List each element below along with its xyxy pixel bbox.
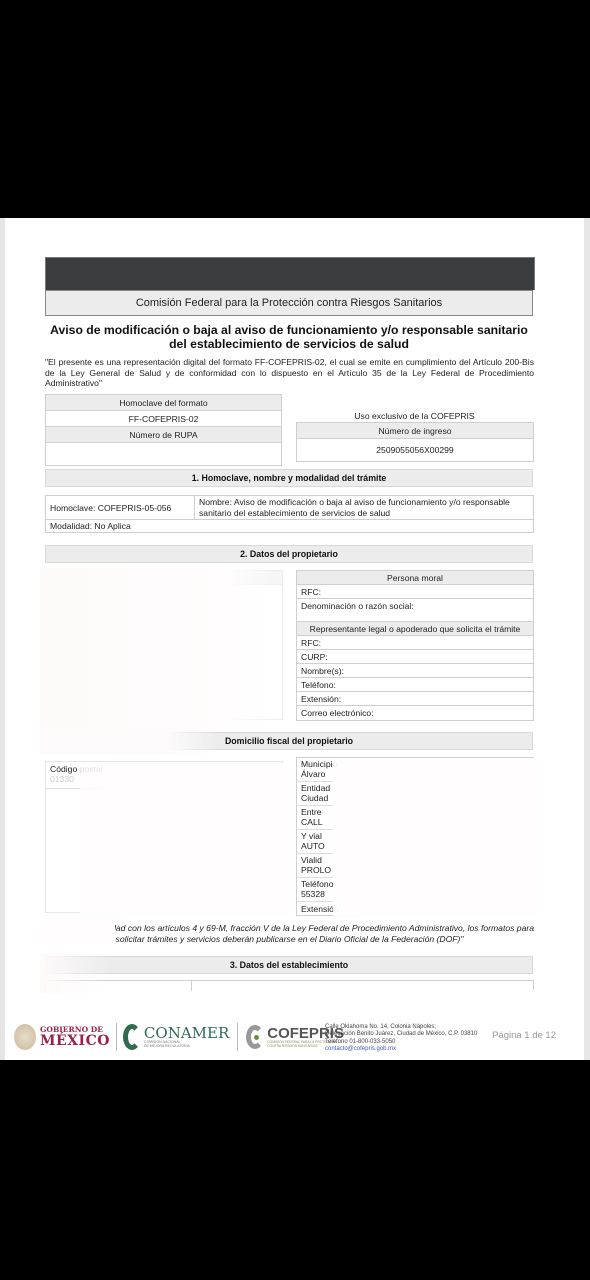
- redaction-overlay: [40, 953, 110, 993]
- mexico-coat-of-arms-icon: [14, 1024, 36, 1050]
- agency-name: Comisión Federal para la Protección cont…: [45, 290, 533, 316]
- format-table: Homoclave del formato FF-COFEPRIS-02 Núm…: [45, 394, 282, 466]
- telefono-label: Teléfono: [301, 879, 334, 889]
- codigo-postal-value: 01330: [50, 774, 74, 784]
- rep-telefono-field: Teléfono:: [297, 678, 533, 692]
- redaction-overlay: [80, 763, 290, 918]
- footer-logos: GOBIERNO DE MÉXICO CONAMER COMISIÓN NACI…: [14, 1018, 344, 1056]
- cofepris-icon: [246, 1025, 264, 1049]
- conamer-icon: [123, 1024, 141, 1050]
- legal-note-line-2: solicitar trámites y servicios deberán p…: [45, 934, 534, 945]
- y-vialidad-value: AUTO: [301, 841, 325, 851]
- rep-extension-field: Extensión:: [297, 692, 533, 706]
- moral-rfc-field: RFC:: [297, 585, 533, 599]
- ingreso-label: Número de ingreso: [297, 423, 534, 439]
- rep-rfc-field: RFC:: [297, 636, 533, 650]
- rep-correo-field: Correo electrónico:: [297, 706, 533, 720]
- footer-address: Calle Oklahoma No. 14, Colonia Nápoles; …: [325, 1024, 477, 1054]
- rep-nombre-field: Nombre(s):: [297, 664, 533, 678]
- legal-note-line-1: "De conformidad con los artículos 4 y 69…: [45, 923, 534, 934]
- persona-moral-panel: Persona moral RFC: Denominación o razón …: [296, 570, 534, 721]
- vialidad-posterior-label: Vialid: [301, 855, 322, 865]
- homoclave-format-value: FF-COFEPRIS-02: [46, 411, 282, 427]
- address-line: Calle Oklahoma No. 14, Colonia Nápoles;: [325, 1024, 477, 1031]
- representante-header: Representante legal o apoderado que soli…: [297, 622, 533, 636]
- redaction-overlay: [40, 921, 115, 945]
- logo-divider: [237, 1023, 238, 1051]
- vialidad-posterior-value: PROLO: [301, 865, 331, 875]
- phone-line: Teléfono 01-800-033-5050: [325, 1039, 477, 1046]
- address-line: Delegación Benito Juárez, Ciudad de Méxi…: [325, 1031, 477, 1038]
- page-edge: [0, 218, 5, 1060]
- email-link[interactable]: contacto@cofepris.gob.mx: [325, 1046, 477, 1053]
- page-edge: [584, 218, 590, 1060]
- section-3-header: 3. Datos del establecimiento: [45, 956, 533, 974]
- logo-divider: [116, 1023, 117, 1051]
- conamer-name: CONAMER: [144, 1026, 229, 1041]
- entidad-value: Ciudad: [301, 793, 328, 803]
- homoclave-format-label: Homoclave del formato: [46, 395, 282, 411]
- redaction-overlay: [40, 728, 220, 754]
- header-banner: [45, 257, 535, 290]
- tramite-modalidad: Modalidad: No Aplica: [46, 520, 534, 533]
- redaction-overlay: [333, 758, 538, 918]
- entre-vialidad-value: CALL: [301, 817, 323, 827]
- persona-moral-header: Persona moral: [297, 571, 533, 585]
- redaction-overlay: [40, 568, 275, 728]
- column-divider: [191, 981, 192, 991]
- entidad-label: Entidad: [301, 783, 330, 793]
- section-1-header: 1. Homoclave, nombre y modalidad del trá…: [45, 469, 533, 487]
- rupa-label: Número de RUPA: [46, 427, 282, 443]
- gobierno-de-mexico-logo: GOBIERNO DE MÉXICO: [40, 1026, 110, 1048]
- entre-vialidad-label: Entre: [301, 807, 322, 817]
- conamer-sub-2: DE MEJORA REGULATORIA: [144, 1045, 229, 1049]
- moral-razon-social-field: Denominación o razón social:: [297, 599, 533, 622]
- cofepris-table: Número de ingreso 2509055056X00299: [296, 422, 534, 462]
- page-number: Página 1 de 12: [492, 1030, 556, 1041]
- y-vialidad-label: Y vial: [301, 831, 322, 841]
- cofepris-use-caption: Uso exclusivo de la COFEPRIS: [296, 411, 533, 421]
- section-2-header: 2. Datos del propietario: [45, 545, 533, 563]
- establecimiento-table: [45, 980, 534, 990]
- ingreso-value: 2509055056X00299: [297, 439, 534, 462]
- municipio-label: Municipio: [301, 759, 337, 769]
- rep-curp-field: CURP:: [297, 650, 533, 664]
- gobierno-line-2: MÉXICO: [40, 1034, 110, 1048]
- tramite-table: Homoclave: COFEPRIS-05-056 Nombre: Aviso…: [45, 495, 534, 533]
- tramite-nombre: Nombre: Aviso de modificación o baja al …: [195, 496, 534, 520]
- conamer-logo: CONAMER COMISIÓN NACIONAL DE MEJORA REGU…: [144, 1026, 229, 1048]
- municipio-value: Álvaro: [301, 769, 325, 779]
- telefono-value: 55328: [301, 889, 325, 899]
- document-title: Aviso de modificación o baja al aviso de…: [45, 323, 533, 351]
- document-page: Comisión Federal para la Protección cont…: [0, 218, 590, 1060]
- rupa-value: [46, 443, 282, 466]
- legal-note: "De conformidad con los artículos 4 y 69…: [45, 923, 534, 944]
- tramite-homoclave: Homoclave: COFEPRIS-05-056: [46, 496, 195, 520]
- intro-text: "El presente es una representación digit…: [45, 357, 534, 389]
